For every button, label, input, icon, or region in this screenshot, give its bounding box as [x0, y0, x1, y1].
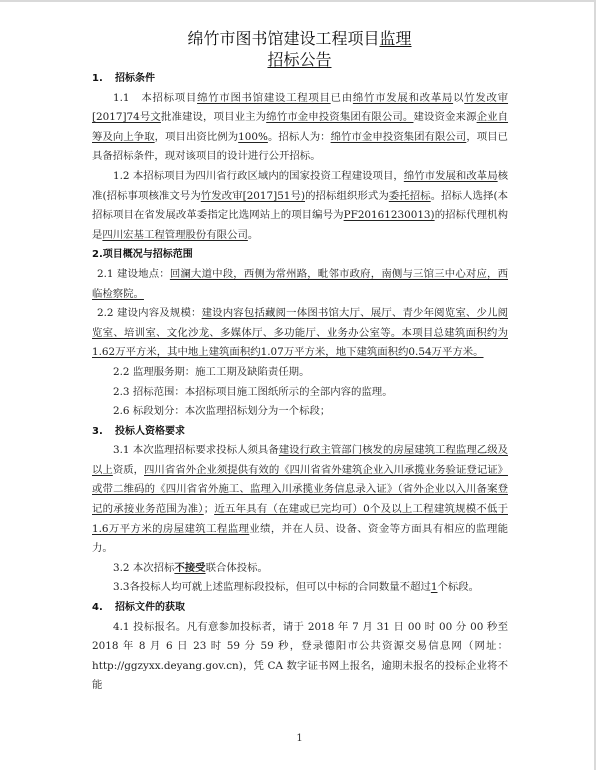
text: ，项目出资比例为 [155, 131, 239, 143]
document-title: 绵竹市图书馆建设工程项目监理 [0, 26, 599, 49]
text: 的招标组织形式为 [305, 190, 389, 202]
text: 3.3各投标人均可就上述监理标段投标，但可以中标的合同数量不超过 [113, 581, 431, 593]
section-number: 3. [92, 422, 115, 442]
text: 个标段。 [437, 581, 479, 593]
project-code: PF20161230013) [344, 209, 435, 221]
section-number: 4. [92, 598, 115, 618]
paragraph-2-2: 2.2 建设内容及规模：建设内容包括藏阅一体图书馆大厅、展厅、青少年阅览室、少儿… [92, 304, 508, 363]
paragraph-3-2: 3.2 本次招标不接受联合体投标。 [92, 559, 508, 579]
tender-agency: 四川宏基工程管理股份有限公司 [102, 229, 247, 241]
document-number: 竹发改审[2017]51号) [201, 190, 305, 202]
text: 3.1 本次监理招标要求投标人须具备 [113, 444, 279, 456]
text: 。招标人为： [268, 131, 331, 143]
text: ； [204, 503, 214, 515]
document-subtitle: 招标公告 [0, 47, 599, 70]
section-title: 招标文件的获取 [115, 602, 185, 613]
paragraph-1-1: 1.1 本招标项目绵竹市图书馆建设工程项目已由绵竹市发展和改革局以竹发改审[20… [92, 89, 508, 167]
text: 建设资金来源 [413, 111, 476, 123]
project-name: 绵竹市图书馆建设工程项目 [197, 92, 331, 104]
section-title: 2.项目概况与招标范围 [92, 249, 193, 260]
text: 资质， [113, 464, 144, 476]
label: 2.1 建设地点： [97, 268, 170, 280]
text: 1.1 本招标项目 [113, 92, 197, 104]
text: 3.2 本次招标 [113, 562, 174, 574]
document-body: 1.招标条件 1.1 本招标项目绵竹市图书馆建设工程项目已由绵竹市发展和改革局以… [92, 69, 508, 696]
approver: 绵竹市发展和改革局 [353, 92, 453, 104]
approver: 绵竹市发展和改革局 [404, 170, 498, 182]
text: 以 [453, 92, 464, 104]
paragraph-4-1: 4.1 投标报名。凡有意参加投标者，请于 2018 年 7 月 31 日 00 … [92, 618, 508, 696]
paragraph-3-3: 3.3各投标人均可就上述监理标段投标，但可以中标的合同数量不超过1个标段。 [92, 578, 508, 598]
title-underlined-text: 监理 [380, 29, 412, 48]
section-4-heading: 4.招标文件的获取 [92, 598, 508, 618]
paragraph-2-3: 2.3 招标范围：本招标项目施工图纸所示的全部内容的监理。 [92, 383, 508, 403]
subtitle-text: 招标公告 [267, 50, 331, 69]
tender-form: 委托招标 [389, 190, 431, 202]
section-number: 1. [92, 69, 115, 89]
text: 联合体投标。 [206, 562, 268, 574]
paragraph-3-1: 3.1 本次监理招标要求投标人须具备建设行政主管部门核发的房屋建筑工程监理乙级及… [92, 441, 508, 559]
title-text: 绵竹市图书馆建设工程项目 [187, 29, 379, 48]
paragraph-1-2: 1.2 本招标项目为四川省行政区域内的国家投资工程建设项目，绵竹市发展和改革局核… [92, 167, 508, 245]
label: 2.2 建设内容及规模： [97, 307, 202, 319]
paragraph-2-2-service-period: 2.2 监理服务期：施工工期及缺陷责任期。 [92, 363, 508, 383]
page-number: 1 [0, 733, 599, 744]
section-1-heading: 1.招标条件 [92, 69, 508, 89]
section-2-heading: 2.项目概况与招标范围 [92, 245, 508, 265]
emphasis: 不接受 [174, 562, 205, 574]
section-title: 投标人资格要求 [115, 426, 185, 437]
project-owner: 绵竹市金申投资集团有限公司。 [266, 111, 413, 123]
section-title: 招标条件 [115, 73, 155, 84]
document-page: 绵竹市图书馆建设工程项目监理 招标公告 1.招标条件 1.1 本招标项目绵竹市图… [0, 0, 596, 770]
funding-ratio: 100% [238, 131, 268, 143]
text: 1.2 本招标项目为四川省行政区域内的国家投资工程建设项目， [113, 170, 404, 182]
tenderer: 绵竹市金申投资集团有限公司 [331, 131, 467, 143]
text: 已由 [331, 92, 353, 104]
section-3-heading: 3.投标人资格要求 [92, 422, 508, 442]
paragraph-2-1: 2.1 建设地点：回澜大道中段，西侧为常州路，毗邻市政府，南侧与三馆三中心对应，… [92, 265, 508, 304]
text: 。 [248, 229, 258, 241]
text: 批准建设，项目业主为 [161, 111, 266, 123]
paragraph-2-6: 2.6 标段划分：本次监理招标划分为一个标段； [92, 402, 508, 422]
